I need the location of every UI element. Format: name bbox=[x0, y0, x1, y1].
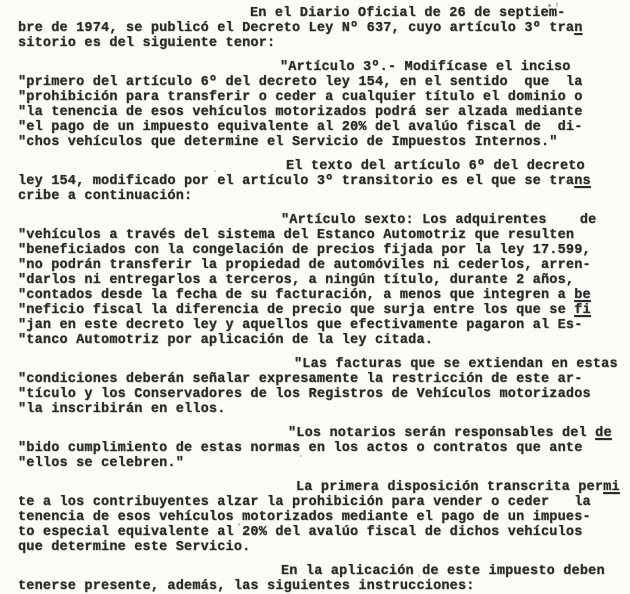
paragraph: En la aplicación de este impuesto deben … bbox=[18, 564, 618, 594]
text-line: "Artículo sexto: Los adquirentes de bbox=[18, 213, 618, 228]
paragraph: "Los notarios serán responsables del de … bbox=[18, 426, 618, 471]
text-line: "el pago de un impuesto equivalente al 2… bbox=[18, 120, 618, 135]
text-line: "la inscribirán en ellos. bbox=[18, 402, 618, 417]
scan-speck bbox=[548, 4, 551, 7]
paragraph: "Artículo sexto: Los adquirentes de "veh… bbox=[18, 213, 618, 348]
document-page: En el Diario Oficial de 26 de septiem- b… bbox=[0, 0, 630, 594]
scan-speck bbox=[418, 575, 420, 577]
text-line: "chos vehículos que determine el Servici… bbox=[18, 135, 618, 150]
scan-speck bbox=[300, 455, 302, 457]
text-line: "Artículo 3º.- Modifícase el inciso bbox=[18, 60, 618, 75]
text-line: "bido cumplimiento de estas normas en lo… bbox=[18, 441, 618, 456]
paragraph: "Las facturas que se extiendan en estas … bbox=[18, 357, 618, 417]
text-line: "contados desde la fecha de su facturaci… bbox=[18, 288, 618, 303]
text-line: sitorio es del siguiente tenor: bbox=[18, 36, 618, 51]
text-line: te a los contribuyentes alzar la prohibi… bbox=[18, 495, 618, 510]
text-line: "tículo y los Conservadores de los Regis… bbox=[18, 387, 618, 402]
text-line: "vehículos a través del sistema del Esta… bbox=[18, 228, 618, 243]
text-line: tenencia de esos vehículos motorizados m… bbox=[18, 510, 618, 525]
text-line: ley 154, modificado por el artículo 3º t… bbox=[18, 174, 618, 189]
text-line: "prohibición para transferir o ceder a c… bbox=[18, 90, 618, 105]
text-line: "darlos ni entregarlos a terceros, a nin… bbox=[18, 273, 618, 288]
paragraph: En el Diario Oficial de 26 de septiem- b… bbox=[18, 6, 618, 51]
scan-speck bbox=[214, 170, 216, 172]
text-line: En el Diario Oficial de 26 de septiem- bbox=[18, 6, 618, 21]
text-line: "Los notarios serán responsables del de bbox=[18, 426, 618, 441]
text-line: En la aplicación de este impuesto deben bbox=[18, 564, 618, 579]
text-line: tenerse presente, además, las siguientes… bbox=[18, 579, 618, 594]
scan-speck bbox=[556, 2, 558, 7]
text-line: "Las facturas que se extiendan en estas bbox=[18, 357, 618, 372]
text-line: El texto del artículo 6º del decreto bbox=[18, 159, 618, 174]
text-line: que determine este Servicio. bbox=[18, 540, 618, 555]
text-line: "neficio fiscal la diferencia de precio … bbox=[18, 303, 618, 318]
paragraph: "Artículo 3º.- Modifícase el inciso "pri… bbox=[18, 60, 618, 150]
text-line: "beneficiados con la congelación de prec… bbox=[18, 243, 618, 258]
text-line: "jan en este decreto ley y aquellos que … bbox=[18, 318, 618, 333]
paragraph: La primera disposición transcrita permi … bbox=[18, 480, 618, 555]
text-line: "condiciones deberán señalar expresament… bbox=[18, 372, 618, 387]
text-line: La primera disposición transcrita permi bbox=[18, 480, 618, 495]
scan-speck bbox=[238, 523, 240, 526]
text-line: "ellos se celebren." bbox=[18, 456, 618, 471]
text-line: "la tenencia de esos vehículos motorizad… bbox=[18, 105, 618, 120]
text-line: to especial equivalente al 20% del avalú… bbox=[18, 525, 618, 540]
scan-speck bbox=[44, 190, 46, 192]
text-line: bre de 1974, se publicó el Decreto Ley N… bbox=[18, 21, 618, 36]
paragraph: El texto del artículo 6º del decreto ley… bbox=[18, 159, 618, 204]
text-line: cribe a continuación: bbox=[18, 189, 618, 204]
text-line: "no podrán transferir la propiedad de au… bbox=[18, 258, 618, 273]
text-line: "primero del artículo 6º del decreto ley… bbox=[18, 75, 618, 90]
text-line: "tanco Automotriz por aplicación de la l… bbox=[18, 333, 618, 348]
